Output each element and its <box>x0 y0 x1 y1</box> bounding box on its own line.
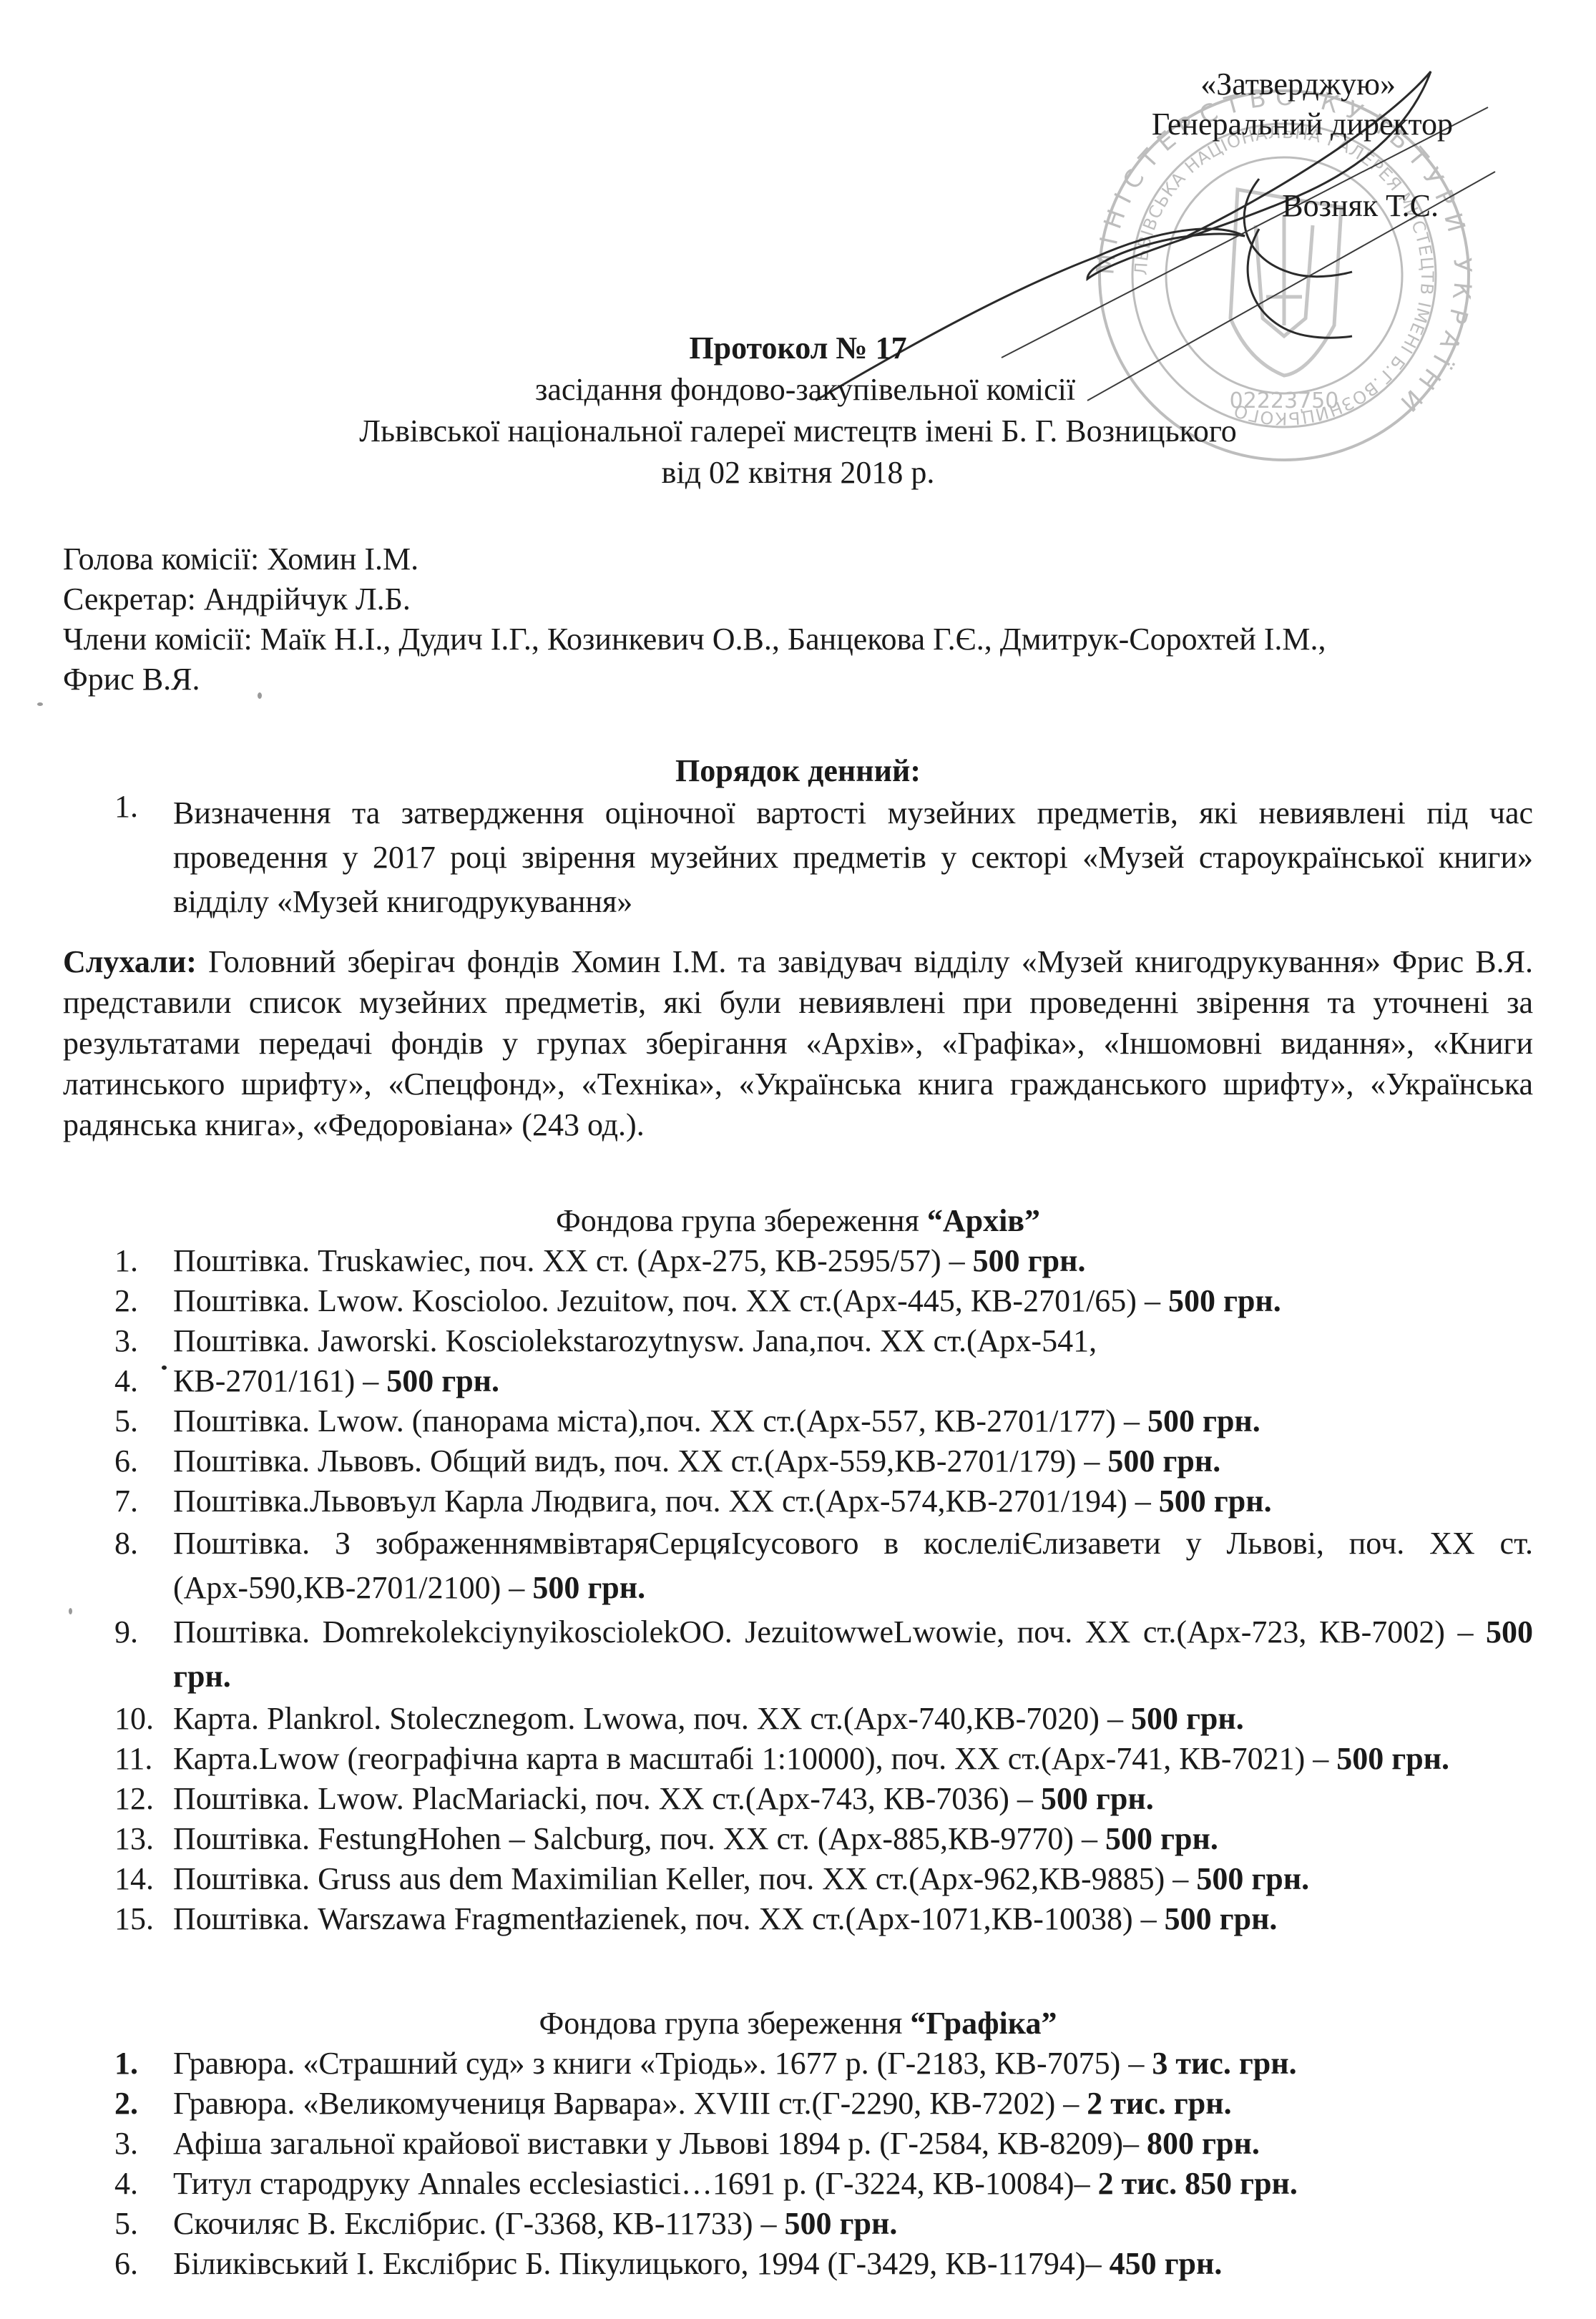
commission-members: Члени комісії: Маїк Н.І., Дудич І.Г., Ко… <box>63 619 1532 660</box>
list-item-text: Поштівка. Lwow. PlacMariacki, поч. XX ст… <box>173 1781 1041 1816</box>
list-item-number: 4. <box>114 2164 172 2204</box>
item-valuation: 500 грн. <box>1131 1701 1244 1736</box>
list-item: 13.Поштівка. FestungHohen – Salcburg, по… <box>114 1819 1533 1859</box>
list-item-text: Поштівка. Gruss aus dem Maximilian Kelle… <box>173 1861 1196 1896</box>
list-item-text: Титул стародруку Annales ecclesiastici…1… <box>173 2166 1098 2201</box>
item-valuation: 500 грн. <box>1105 1821 1218 1856</box>
list-item: 10.Карта. Plankrol. Stolecznegom. Lwowa,… <box>114 1699 1533 1739</box>
director-name: Возняк Т.С. <box>1052 186 1453 226</box>
list-item-number: 5. <box>114 1401 172 1441</box>
list-item-number: 13. <box>114 1819 172 1859</box>
list-item-text: Карта.Lwow (географічна карта в масштабі… <box>173 1741 1336 1776</box>
item-valuation: 3 тис. грн. <box>1152 2046 1296 2081</box>
list-item-number: 12. <box>114 1779 172 1819</box>
list-item: 14.Поштівка. Gruss aus dem Maximilian Ke… <box>114 1859 1533 1899</box>
list-item-text: Біликівський І. Екслібрис Б. Пікулицьког… <box>173 2246 1110 2281</box>
list-item: 3.Афіша загальної крайової виставки у Ль… <box>114 2124 1533 2164</box>
commission-head: Голова комісії: Хомин І.М. <box>63 539 1532 579</box>
item-valuation: 450 грн. <box>1110 2246 1223 2281</box>
list-item: 2.Поштівка. Lwow. Koscioloo. Jezuitow, п… <box>114 1281 1533 1321</box>
list-item-number: 15. <box>114 1899 172 1939</box>
item-valuation: 500 грн. <box>785 2206 898 2241</box>
protocol-number: Протокол № 17 <box>0 328 1596 369</box>
agenda-item: 1. Визначення та затвердження оціночної … <box>114 791 1533 924</box>
item-valuation: 800 грн. <box>1147 2126 1260 2161</box>
heard-section: Слухали: Головний зберігач фондів Хомин … <box>63 941 1533 1145</box>
list-item-text: Поштівка.Львовъул Карла Людвига, поч. XX… <box>173 1484 1159 1519</box>
graphics-items-list: 1.Гравюра. «Страшний суд» з книги «Тріод… <box>114 2044 1533 2284</box>
list-item: 4.Титул стародруку Annales ecclesiastici… <box>114 2164 1533 2204</box>
item-valuation: 500 грн. <box>1147 1403 1260 1438</box>
list-item-text: Поштівка. З зображеннямвівтаряСерцяІсусо… <box>173 1526 1533 1605</box>
list-item: 3.Поштівка. Jaworski. Kosciolekstarozytn… <box>114 1321 1533 1361</box>
list-item-text: Афіша загальної крайової виставки у Льво… <box>173 2126 1147 2161</box>
protocol-date: від 02 квітня 2018 р. <box>0 452 1596 494</box>
agenda-item-text: Визначення та затвердження оціночної вар… <box>173 791 1533 924</box>
list-item: 5.Скочиляс В. Екслібрис. (Г-3368, КВ-117… <box>114 2204 1533 2244</box>
list-item-text: Гравюра. «Страшний суд» з книги «Тріодь»… <box>173 2046 1152 2081</box>
list-item-number: 9. <box>114 1610 172 1654</box>
list-item-number: 6. <box>114 2244 172 2284</box>
scan-speck <box>162 1366 167 1370</box>
list-item-number: 6. <box>114 1441 172 1481</box>
archive-items-list: 1.Поштівка. Truskawiec, поч. XX ст. (Арх… <box>114 1241 1533 1939</box>
list-item-text: Поштівка. Truskawiec, поч. XX ст. (Арх-2… <box>173 1243 973 1278</box>
document-title-block: Протокол № 17 засідання фондово-закупіве… <box>0 328 1596 494</box>
list-item: 11.Карта.Lwow (географічна карта в масшт… <box>114 1739 1533 1779</box>
list-item: 5.Поштівка. Lwow. (панорама міста),поч. … <box>114 1401 1533 1441</box>
list-item: 6.Біликівський І. Екслібрис Б. Пікулицьк… <box>114 2244 1533 2284</box>
list-item-number: 14. <box>114 1859 172 1899</box>
list-item-number: 3. <box>114 1321 172 1361</box>
group-name: “Графіка” <box>910 2006 1057 2041</box>
list-item: 8.Поштівка. З зображеннямвівтаряСерцяІсу… <box>114 1521 1533 1610</box>
list-item-number: 8. <box>114 1521 172 1566</box>
item-valuation: 500 грн. <box>532 1570 645 1605</box>
protocol-document-page: МІНІСТЕРСТВО КУЛЬТУРИ УКРАЇНИ ЛЬВІВСЬКА … <box>0 0 1596 2319</box>
list-item: 9.Поштівка. DomrekolekciynyikosciolekOO.… <box>114 1610 1533 1699</box>
list-item-number: 7. <box>114 1481 172 1521</box>
scan-speck <box>69 1608 72 1614</box>
item-valuation: 500 грн. <box>386 1363 499 1398</box>
fund-group-heading-archive: Фондова група збереження “Архів” <box>0 1201 1596 1241</box>
list-item-text: Поштівка. DomrekolekciynyikosciolekOO. J… <box>173 1614 1486 1649</box>
list-item-number: 5. <box>114 2204 172 2244</box>
list-item-number: 2. <box>114 1281 172 1321</box>
scan-speck <box>258 692 262 699</box>
list-item-text: Поштівка. Lwow. (панорама міста),поч. XX… <box>173 1403 1147 1438</box>
list-item: 2.Гравюра. «Великомучениця Варвара». XVI… <box>114 2084 1533 2124</box>
heard-text: Головний зберігач фондів Хомин І.М. та з… <box>63 944 1533 1142</box>
approval-block: «Затверджую» Генеральний директор Возняк… <box>1052 64 1453 226</box>
list-item-number: 2. <box>114 2084 172 2124</box>
fund-group-heading-graphics: Фондова група збереження “Графіка” <box>0 2004 1596 2044</box>
list-item-number: 1. <box>114 2044 172 2084</box>
list-item-number: 3. <box>114 2124 172 2164</box>
list-item: 7.Поштівка.Львовъул Карла Людвига, поч. … <box>114 1481 1533 1521</box>
organization-name: Львівської національної галереї мистецтв… <box>0 411 1596 452</box>
director-position: Генеральний директор <box>1052 104 1453 144</box>
item-valuation: 2 тис. 850 грн. <box>1098 2166 1298 2201</box>
group-title-prefix: Фондова група збереження <box>539 2006 911 2041</box>
item-valuation: 500 грн. <box>1041 1781 1154 1816</box>
item-valuation: 500 грн. <box>1107 1443 1220 1479</box>
meeting-subtitle: засідання фондово-закупівельної комісії <box>0 369 1596 411</box>
list-item: 12.Поштівка. Lwow. PlacMariacki, поч. XX… <box>114 1779 1533 1819</box>
list-item-text: Поштівка. Lwow. Koscioloo. Jezuitow, поч… <box>173 1283 1168 1318</box>
list-item: 15.Поштівка. Warszawa Fragmentłazienek, … <box>114 1899 1533 1939</box>
commission-members-continued: Фрис В.Я. <box>63 660 1532 700</box>
commission-secretary: Секретар: Андрійчук Л.Б. <box>63 579 1532 619</box>
list-item-text: Поштівка. Jaworski. Kosciolekstarozytnys… <box>173 1323 1097 1358</box>
group-title-prefix: Фондова група збереження <box>556 1203 927 1238</box>
approval-label: «Затверджую» <box>1052 64 1453 104</box>
list-item-text: КВ-2701/161) – <box>173 1363 386 1398</box>
item-valuation: 500 грн. <box>973 1243 1086 1278</box>
heard-label: Слухали: <box>63 944 197 979</box>
list-item-text: Поштівка. FestungHohen – Salcburg, поч. … <box>173 1821 1105 1856</box>
item-valuation: 500 грн. <box>1165 1901 1278 1936</box>
scan-speck <box>37 702 43 706</box>
group-name: “Архів” <box>927 1203 1040 1238</box>
item-valuation: 500 грн. <box>1336 1741 1449 1776</box>
list-item-text: Гравюра. «Великомучениця Варвара». XVIII… <box>173 2086 1087 2121</box>
list-item-number: 10. <box>114 1699 172 1739</box>
list-item: 1.Поштівка. Truskawiec, поч. XX ст. (Арх… <box>114 1241 1533 1281</box>
list-item-number: 1. <box>114 1241 172 1281</box>
list-item-text: Поштівка. Warszawa Fragmentłazienek, поч… <box>173 1901 1165 1936</box>
list-item-number: 11. <box>114 1739 172 1779</box>
list-item-text: Карта. Plankrol. Stolecznegom. Lwowa, по… <box>173 1701 1131 1736</box>
list-item: 4.КВ-2701/161) – 500 грн. <box>114 1361 1533 1401</box>
list-item-text: Скочиляс В. Екслібрис. (Г-3368, КВ-11733… <box>173 2206 785 2241</box>
list-item-text: Поштівка. Львовъ. Общий видъ, поч. XX ст… <box>173 1443 1107 1479</box>
item-valuation: 500 грн. <box>1196 1861 1309 1896</box>
item-valuation: 500 грн. <box>1168 1283 1281 1318</box>
agenda-item-number: 1. <box>114 791 157 823</box>
list-item: 6.Поштівка. Львовъ. Общий видъ, поч. XX … <box>114 1441 1533 1481</box>
item-valuation: 500 грн. <box>1159 1484 1272 1519</box>
item-valuation: 2 тис. грн. <box>1087 2086 1231 2121</box>
agenda-heading: Порядок денний: <box>0 751 1596 791</box>
commission-composition: Голова комісії: Хомин І.М. Секретар: Анд… <box>63 539 1532 700</box>
list-item: 1.Гравюра. «Страшний суд» з книги «Тріод… <box>114 2044 1533 2084</box>
